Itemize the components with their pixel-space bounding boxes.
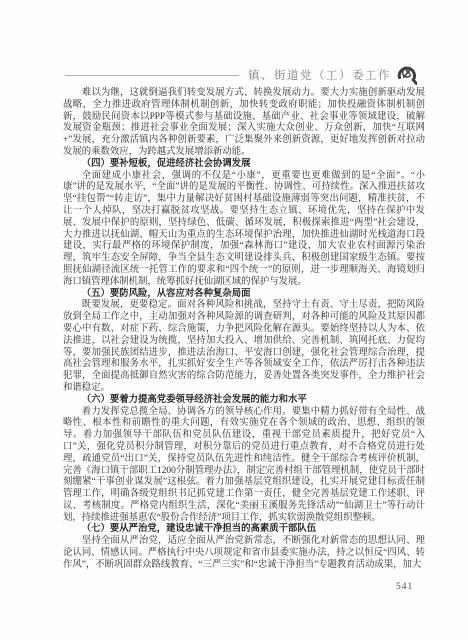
page-header: 镇、街道党（工）委工作 <box>65 64 417 86</box>
section-heading: （七）要从严治党，建设忠诚干净担当的高素质干部队伍 <box>63 524 425 536</box>
party-emblem-icon <box>397 64 417 86</box>
paragraph: 着力发挥党总揽全局、协调各方的领导核心作用。要集中精力抓好带有全局性、战略性、根… <box>63 407 425 525</box>
paragraph: 全面建成小康社会，强调的不仅是“小康”，更重要也更难做到的是“全面”。“小康”讲… <box>63 171 425 289</box>
page-body: 难以为继，这就倒逼我们转变发展方式、转换发展动力。要大力实施创新驱动发展战略，全… <box>63 88 425 572</box>
document-page: 镇、街道党（工）委工作 难以为继，这就倒逼我们转变发展方式、转换发展动力。要大力… <box>0 0 468 640</box>
paragraph: 坚持全面从严治党，适应全面从严治党新常态，不断强化对新常态的思想认同、理论认同、… <box>63 536 425 571</box>
paragraph: 难以为继，这就倒逼我们转变发展方式、转换发展动力。要大力实施创新驱动发展战略，全… <box>63 88 425 159</box>
paragraph: 既要发展，更要稳定。面对各种风险和挑战，坚持守土有责、守土尽责，把防风险放到全局… <box>63 300 425 394</box>
section-heading: （六）要着力提高党委领导经济社会发展的能力和水平 <box>63 395 425 407</box>
header-title: 镇、街道党（工）委工作 <box>248 67 391 83</box>
section-heading: （五）要防风险，从容应对各种复杂局面 <box>63 289 425 301</box>
header-rule <box>65 75 239 76</box>
section-heading: （四）要补短板，促进经济社会协调发展 <box>63 159 425 171</box>
page-number: 541 <box>396 582 413 592</box>
